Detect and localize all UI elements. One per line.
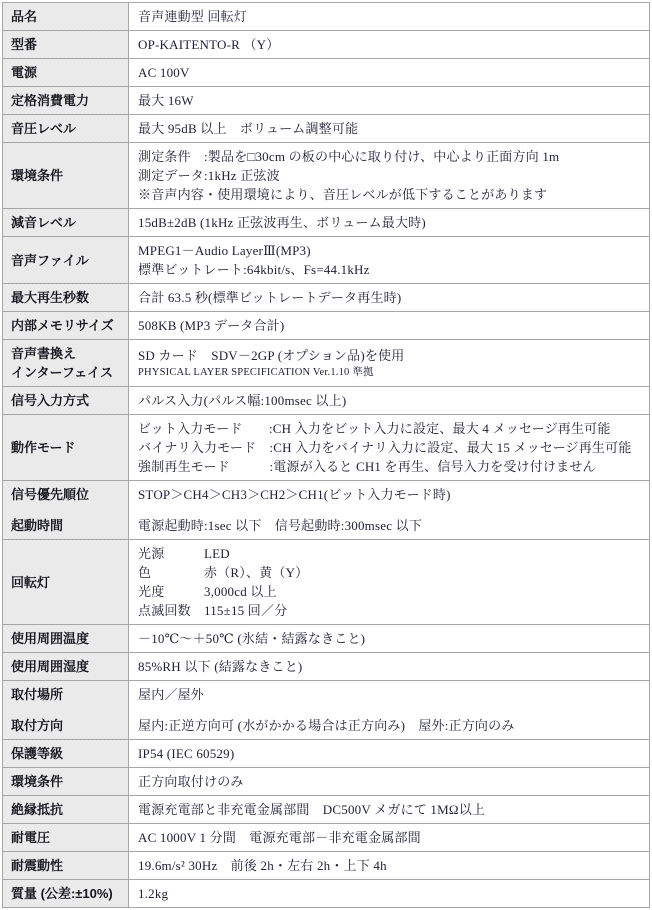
spec-value-text: SD カード SDV－2GP (オプション品)を使用 xyxy=(138,346,643,365)
spec-label-text: インターフェイス xyxy=(11,363,124,382)
spec-label-text: 取付場所 xyxy=(11,685,124,704)
spec-value-cell: 屋内／屋外屋内:正逆方向可 (水がかかる場合は正方向み) 屋外:正方向のみ xyxy=(129,681,650,740)
spec-label-cell: 環境条件 xyxy=(3,768,129,796)
table-row: 内部メモリサイズ508KB (MP3 データ合計) xyxy=(3,312,650,340)
spec-value-cell: AC 1000V 1 分間 電源充電部－非充電金属部間 xyxy=(129,824,650,852)
spec-label-text: 音声ファイル xyxy=(11,251,124,270)
table-row: 絶縁抵抗電源充電部と非充電金属部間 DC500V メガにて 1MΩ以上 xyxy=(3,796,650,824)
spec-value-text: 光源 LED xyxy=(138,544,643,563)
spec-table-body: 品名音声連動型 回転灯型番OP-KAITENTO-R （Y）電源AC 100V定… xyxy=(3,3,650,908)
spec-value-cell: －10℃～＋50℃ (氷結・結露なきこと) xyxy=(129,625,650,653)
spec-sheet: 品名音声連動型 回転灯型番OP-KAITENTO-R （Y）電源AC 100V定… xyxy=(0,0,652,910)
table-row: 定格消費電力最大 16W xyxy=(3,87,650,115)
spec-value-text: 正方向取付けのみ xyxy=(138,772,643,791)
spec-label-cell: 動作モード xyxy=(3,415,129,481)
spec-value-text: OP-KAITENTO-R （Y） xyxy=(138,35,643,54)
table-row: 音圧レベル最大 95dB 以上 ボリューム調整可能 xyxy=(3,115,650,143)
spec-label-text: 音声書換え xyxy=(11,344,124,363)
spec-label-text: 減音レベル xyxy=(11,213,124,232)
spec-label-text: 定格消費電力 xyxy=(11,91,124,110)
spec-value-text: 508KB (MP3 データ合計) xyxy=(138,316,643,335)
spec-value-cell: 15dB±2dB (1kHz 正弦波再生、ボリューム最大時) xyxy=(129,209,650,237)
spec-label-text: 内部メモリサイズ xyxy=(11,316,124,335)
spec-value-text: 電源起動時:1sec 以下 信号起動時:300msec 以下 xyxy=(138,516,643,535)
spec-value-cell: 光源 LED色 赤（R）、黄（Y）光度 3,000cd 以上点滅回数 115±1… xyxy=(129,540,650,625)
spec-value-cell: STOP＞CH4＞CH3＞CH2＞CH1(ビット入力モード時)電源起動時:1se… xyxy=(129,481,650,540)
spec-value-text: 強制再生モード :電源が入ると CH1 を再生、信号入力を受け付けません xyxy=(138,457,643,476)
spec-label-cell: 使用周囲湿度 xyxy=(3,653,129,681)
spec-label-cell: 最大再生秒数 xyxy=(3,284,129,312)
spec-value-text: －10℃～＋50℃ (氷結・結露なきこと) xyxy=(138,629,643,648)
spec-label-cell: 耐震動性 xyxy=(3,852,129,880)
table-row: 音声書換えインターフェイスSD カード SDV－2GP (オプション品)を使用P… xyxy=(3,340,650,387)
spec-value-cell: 19.6m/s² 30Hz 前後 2h・左右 2h・上下 4h xyxy=(129,852,650,880)
table-row: 電源AC 100V xyxy=(3,59,650,87)
spec-value-cell: OP-KAITENTO-R （Y） xyxy=(129,31,650,59)
spec-value-text: 標準ビットレート:64kbit/s、Fs=44.1kHz xyxy=(138,260,643,279)
spec-label-text: 質量 (公差:±10%) xyxy=(11,884,124,903)
spec-value-text: 合計 63.5 秒(標準ビットレートデータ再生時) xyxy=(138,288,643,307)
table-row: 減音レベル15dB±2dB (1kHz 正弦波再生、ボリューム最大時) xyxy=(3,209,650,237)
spec-value-text: ビット入力モード :CH 入力をビット入力に設定、最大 4 メッセージ再生可能 xyxy=(138,419,643,438)
spec-label-text: 絶縁抵抗 xyxy=(11,800,124,819)
spec-label-cell: 保護等級 xyxy=(3,740,129,768)
spec-label-text: 電源 xyxy=(11,63,124,82)
spec-value-cell: IP54 (IEC 60529) xyxy=(129,740,650,768)
table-row: 音声ファイルMPEG1－Audio LayerⅢ(MP3)標準ビットレート:64… xyxy=(3,237,650,284)
spec-table: 品名音声連動型 回転灯型番OP-KAITENTO-R （Y）電源AC 100V定… xyxy=(2,2,650,908)
spec-value-text: STOP＞CH4＞CH3＞CH2＞CH1(ビット入力モード時) xyxy=(138,485,643,504)
spec-value-text: AC 1000V 1 分間 電源充電部－非充電金属部間 xyxy=(138,828,643,847)
spec-label-text: 起動時間 xyxy=(11,516,124,535)
spec-label-text: 保護等級 xyxy=(11,744,124,763)
spec-label-cell: 耐電圧 xyxy=(3,824,129,852)
table-row: 信号優先順位起動時間STOP＞CH4＞CH3＞CH2＞CH1(ビット入力モード時… xyxy=(3,481,650,540)
spec-label-cell: 絶縁抵抗 xyxy=(3,796,129,824)
spec-label-cell: 音声ファイル xyxy=(3,237,129,284)
spec-label-text: 音圧レベル xyxy=(11,119,124,138)
spec-label-cell: 使用周囲温度 xyxy=(3,625,129,653)
spec-value-cell: 音声連動型 回転灯 xyxy=(129,3,650,31)
spec-value-cell: 正方向取付けのみ xyxy=(129,768,650,796)
spec-label-text: 最大再生秒数 xyxy=(11,288,124,307)
spec-value-text: 光度 3,000cd 以上 xyxy=(138,582,643,601)
spec-label-text: 信号入力方式 xyxy=(11,391,124,410)
spec-value-text: 点滅回数 115±15 回／分 xyxy=(138,601,643,620)
spec-value-text: AC 100V xyxy=(138,63,643,82)
spec-label-text: 耐電圧 xyxy=(11,828,124,847)
spec-label-text: 動作モード xyxy=(11,438,124,457)
spec-label-text: 型番 xyxy=(11,35,124,54)
table-row: 環境条件測定条件 :製品を□30cm の板の中心に取り付け、中心より正面方向 1… xyxy=(3,143,650,209)
spec-label-text: 品名 xyxy=(11,7,124,26)
spec-value-cell: 電源充電部と非充電金属部間 DC500V メガにて 1MΩ以上 xyxy=(129,796,650,824)
spec-label-cell: 型番 xyxy=(3,31,129,59)
table-row: 取付場所取付方向屋内／屋外屋内:正逆方向可 (水がかかる場合は正方向み) 屋外:… xyxy=(3,681,650,740)
spec-label-cell: 内部メモリサイズ xyxy=(3,312,129,340)
spec-value-cell: ビット入力モード :CH 入力をビット入力に設定、最大 4 メッセージ再生可能バ… xyxy=(129,415,650,481)
spec-value-text: 測定データ:1kHz 正弦波 xyxy=(138,166,643,185)
spec-label-text: 環境条件 xyxy=(11,166,124,185)
table-row: 型番OP-KAITENTO-R （Y） xyxy=(3,31,650,59)
spec-label-cell: 減音レベル xyxy=(3,209,129,237)
spec-value-cell: 測定条件 :製品を□30cm の板の中心に取り付け、中心より正面方向 1m測定デ… xyxy=(129,143,650,209)
spec-value-text: 15dB±2dB (1kHz 正弦波再生、ボリューム最大時) xyxy=(138,213,643,232)
spec-value-text: ※音声内容・使用環境により、音圧レベルが低下することがあります xyxy=(138,185,643,204)
spec-label-cell: 定格消費電力 xyxy=(3,87,129,115)
table-row: 耐震動性19.6m/s² 30Hz 前後 2h・左右 2h・上下 4h xyxy=(3,852,650,880)
spec-value-cell: 85%RH 以下 (結露なきこと) xyxy=(129,653,650,681)
spec-value-text: 最大 16W xyxy=(138,91,643,110)
spec-value-text: パルス入力(パルス幅:100msec 以上) xyxy=(138,391,643,410)
table-row: 使用周囲温度－10℃～＋50℃ (氷結・結露なきこと) xyxy=(3,625,650,653)
spec-value-cell: パルス入力(パルス幅:100msec 以上) xyxy=(129,387,650,415)
spec-value-cell: 1.2kg xyxy=(129,880,650,908)
spec-value-cell: 最大 95dB 以上 ボリューム調整可能 xyxy=(129,115,650,143)
table-row: 回転灯光源 LED色 赤（R）、黄（Y）光度 3,000cd 以上点滅回数 11… xyxy=(3,540,650,625)
spec-value-cell: AC 100V xyxy=(129,59,650,87)
spec-label-cell: 音声書換えインターフェイス xyxy=(3,340,129,387)
table-row: 環境条件正方向取付けのみ xyxy=(3,768,650,796)
spec-label-cell: 音圧レベル xyxy=(3,115,129,143)
table-row: 保護等級IP54 (IEC 60529) xyxy=(3,740,650,768)
spec-value-text: 電源充電部と非充電金属部間 DC500V メガにて 1MΩ以上 xyxy=(138,800,643,819)
spec-value-text: 85%RH 以下 (結露なきこと) xyxy=(138,657,643,676)
spec-label-text: 回転灯 xyxy=(11,573,124,592)
spec-value-text: IP54 (IEC 60529) xyxy=(138,744,643,763)
spec-value-text: 1.2kg xyxy=(138,884,643,903)
spec-label-cell: 信号優先順位起動時間 xyxy=(3,481,129,540)
spec-value-text: 測定条件 :製品を□30cm の板の中心に取り付け、中心より正面方向 1m xyxy=(138,147,643,166)
table-row: 品名音声連動型 回転灯 xyxy=(3,3,650,31)
spec-value-text: 最大 95dB 以上 ボリューム調整可能 xyxy=(138,119,643,138)
spec-value-text: 屋内:正逆方向可 (水がかかる場合は正方向み) 屋外:正方向のみ xyxy=(138,716,643,735)
spec-label-cell: 環境条件 xyxy=(3,143,129,209)
spec-value-text: 色 赤（R）、黄（Y） xyxy=(138,563,643,582)
spec-label-cell: 質量 (公差:±10%) xyxy=(3,880,129,908)
spec-value-text: 音声連動型 回転灯 xyxy=(138,7,643,26)
spec-value-cell: 最大 16W xyxy=(129,87,650,115)
table-row: 使用周囲湿度85%RH 以下 (結露なきこと) xyxy=(3,653,650,681)
spec-value-text: 19.6m/s² 30Hz 前後 2h・左右 2h・上下 4h xyxy=(138,856,643,875)
spec-label-text: 耐震動性 xyxy=(11,856,124,875)
spec-label-text: 取付方向 xyxy=(11,716,124,735)
spec-value-text: 屋内／屋外 xyxy=(138,685,643,704)
spec-label-text: 環境条件 xyxy=(11,772,124,791)
spec-label-cell: 品名 xyxy=(3,3,129,31)
spec-label-text: 信号優先順位 xyxy=(11,485,124,504)
spec-label-cell: 信号入力方式 xyxy=(3,387,129,415)
spec-value-cell: 508KB (MP3 データ合計) xyxy=(129,312,650,340)
spec-value-cell: MPEG1－Audio LayerⅢ(MP3)標準ビットレート:64kbit/s… xyxy=(129,237,650,284)
table-row: 質量 (公差:±10%)1.2kg xyxy=(3,880,650,908)
table-row: 最大再生秒数合計 63.5 秒(標準ビットレートデータ再生時) xyxy=(3,284,650,312)
spec-value-text: バイナリ入力モード :CH 入力をバイナリ入力に設定、最大 15 メッセージ再生… xyxy=(138,438,643,457)
spec-label-text: 使用周囲温度 xyxy=(11,629,124,648)
spec-value-cell: SD カード SDV－2GP (オプション品)を使用PHYSICAL LAYER… xyxy=(129,340,650,387)
table-row: 信号入力方式パルス入力(パルス幅:100msec 以上) xyxy=(3,387,650,415)
spec-value-cell: 合計 63.5 秒(標準ビットレートデータ再生時) xyxy=(129,284,650,312)
spec-value-text: PHYSICAL LAYER SPECIFICATION Ver.1.10 準拠 xyxy=(138,365,643,381)
spec-value-text: MPEG1－Audio LayerⅢ(MP3) xyxy=(138,241,643,260)
table-row: 耐電圧AC 1000V 1 分間 電源充電部－非充電金属部間 xyxy=(3,824,650,852)
spec-label-cell: 電源 xyxy=(3,59,129,87)
spec-label-cell: 取付場所取付方向 xyxy=(3,681,129,740)
spec-label-text: 使用周囲湿度 xyxy=(11,657,124,676)
spec-label-cell: 回転灯 xyxy=(3,540,129,625)
table-row: 動作モードビット入力モード :CH 入力をビット入力に設定、最大 4 メッセージ… xyxy=(3,415,650,481)
